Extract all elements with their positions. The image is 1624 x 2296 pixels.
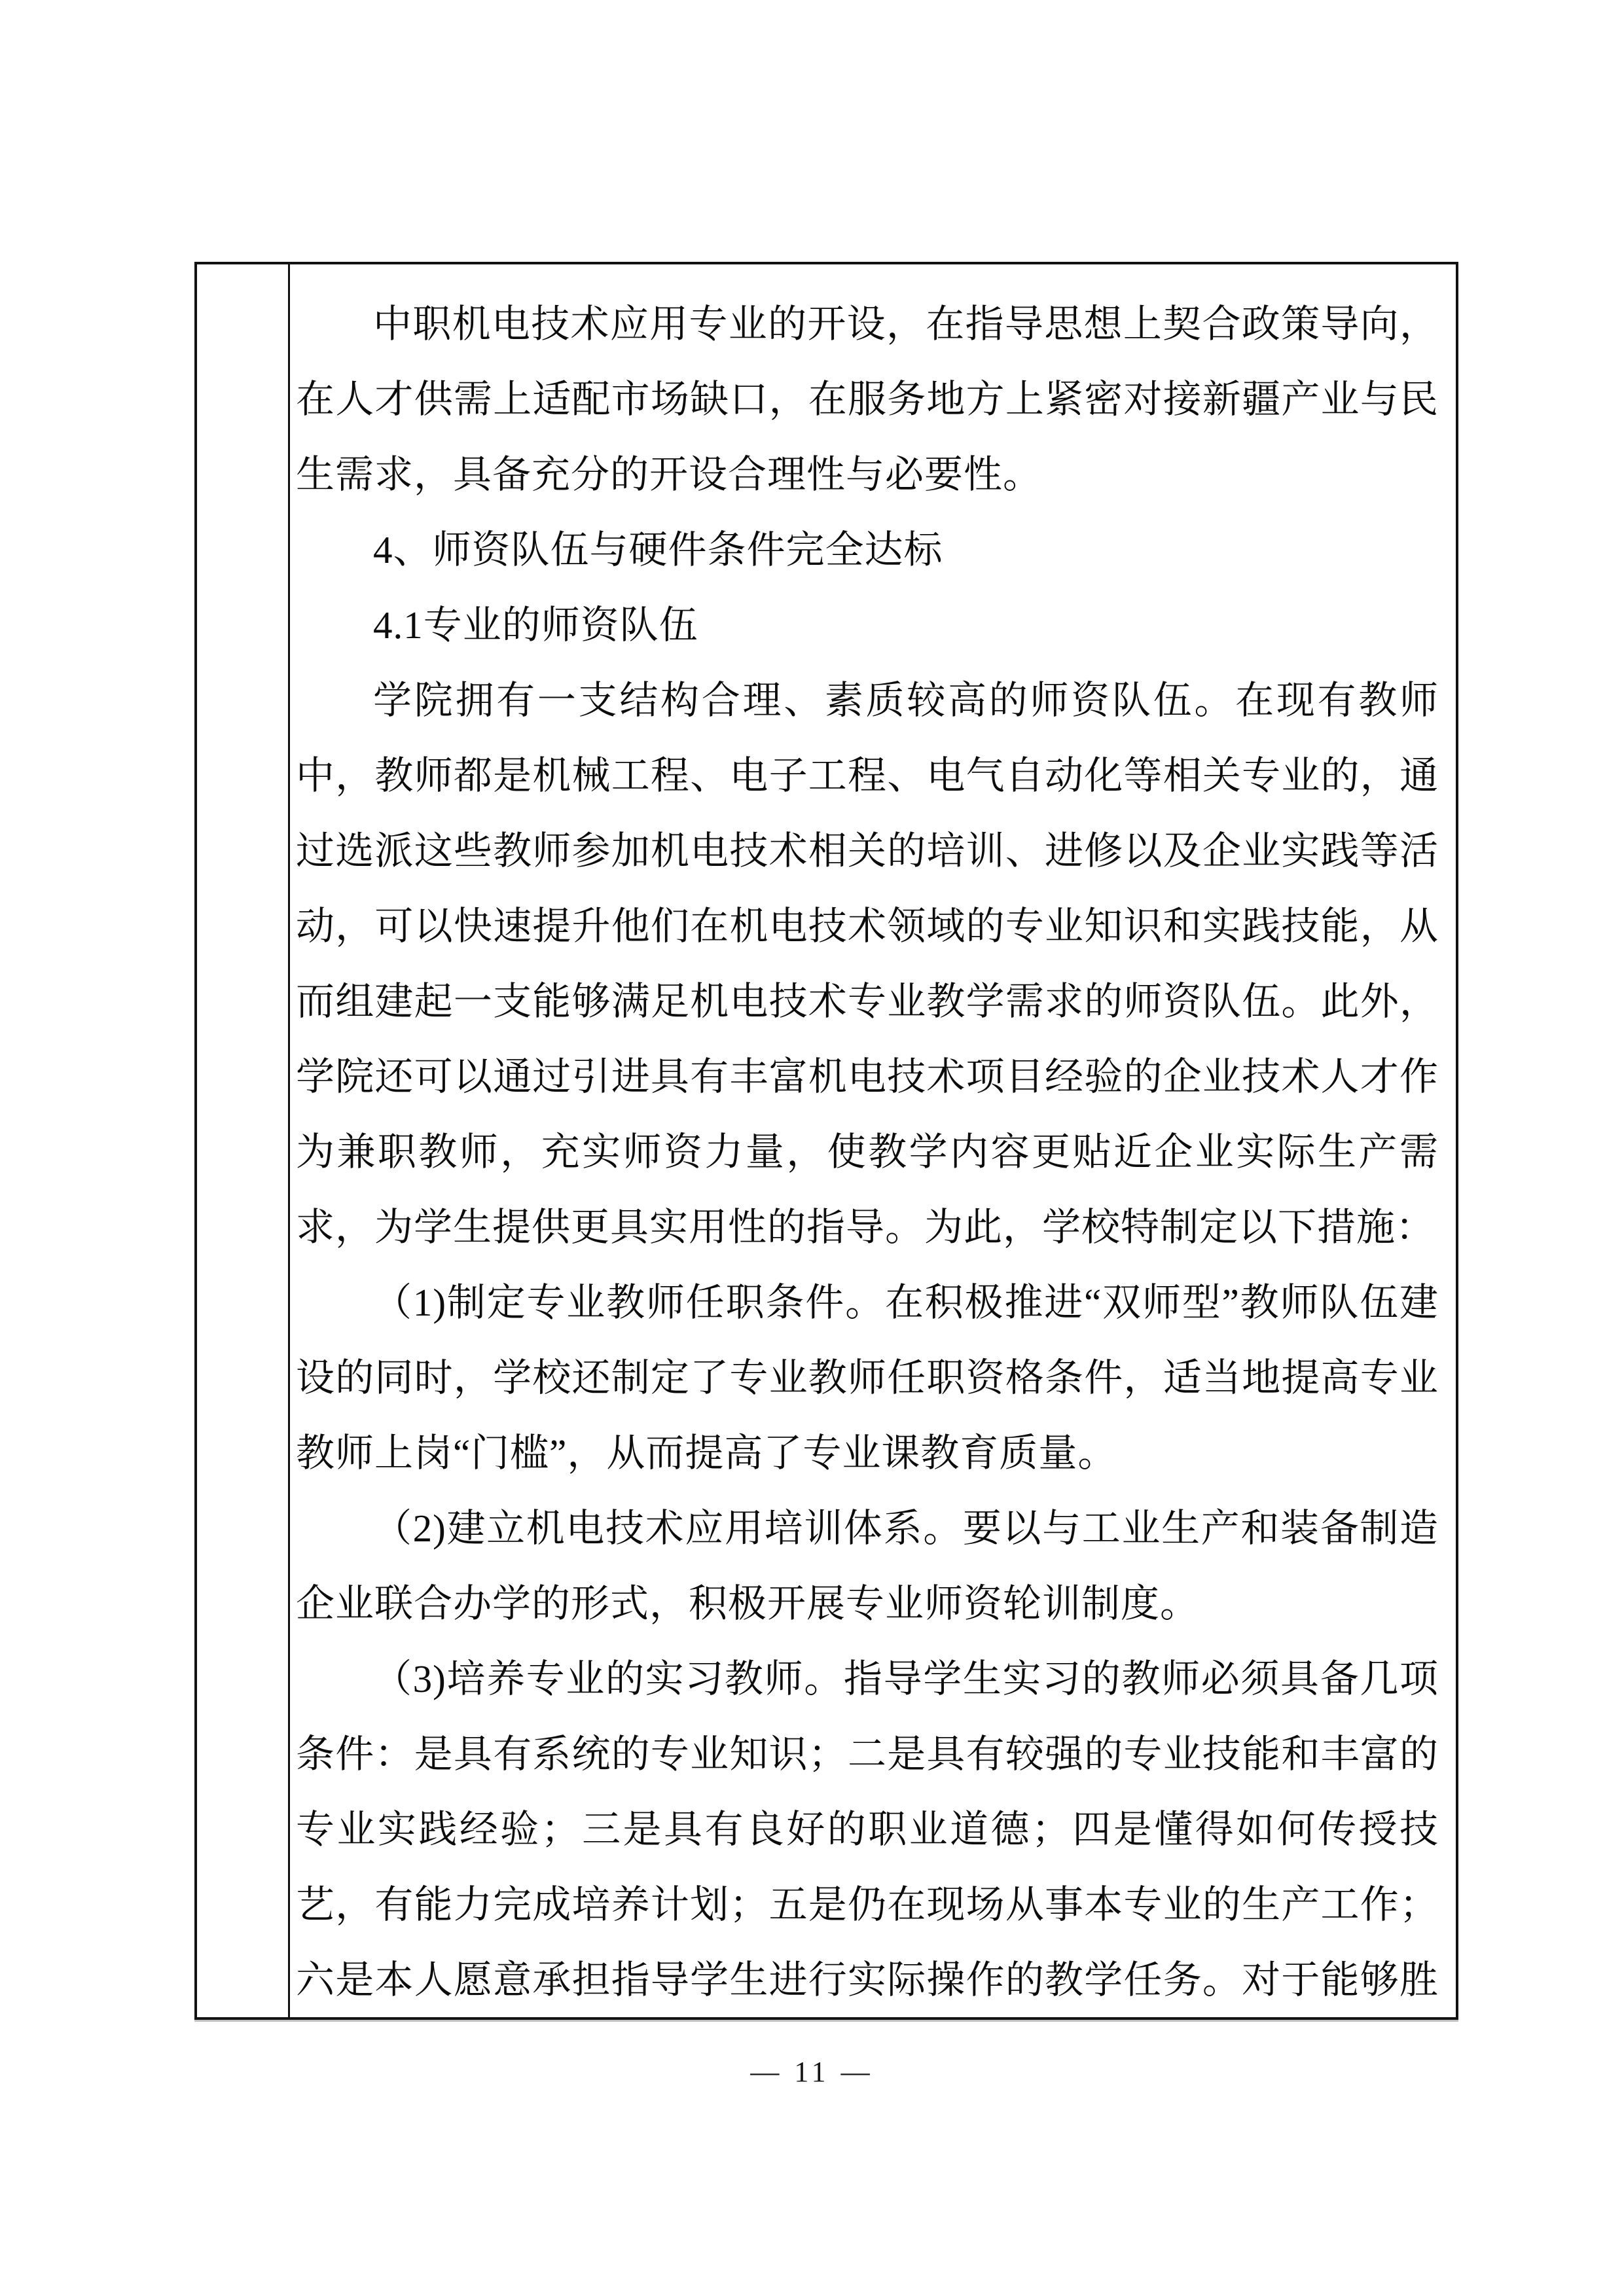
page-number: — 11 —: [0, 2055, 1624, 2089]
table-content-cell: 中职机电技术应用专业的开设，在指导思想上契合政策导向，在人才供需上适配市场缺口，…: [290, 264, 1456, 2017]
paragraph-measure-3: （3)培养专业的实习教师。指导学生实习的教师必须具备几项条件：是具有系统的专业知…: [296, 1641, 1439, 2017]
paragraph-faculty-overview: 学院拥有一支结构合理、素质较高的师资队伍。在现有教师中，教师都是机械工程、电子工…: [296, 663, 1439, 1265]
paragraph-measure-2: （2)建立机电技术应用培训体系。要以与工业生产和装备制造企业联合办学的形式，积极…: [296, 1491, 1439, 1641]
paragraph-intro-conclusion: 中职机电技术应用专业的开设，在指导思想上契合政策导向，在人才供需上适配市场缺口，…: [296, 287, 1439, 512]
paragraph-heading-4-1: 4.1专业的师资队伍: [296, 588, 1439, 663]
paragraph-measure-1: （1)制定专业教师任职条件。在积极推进“双师型”教师队伍建设的同时，学校还制定了…: [296, 1265, 1439, 1491]
paragraph-heading-4: 4、师资队伍与硬件条件完全达标: [296, 512, 1439, 588]
table-left-cell: [197, 264, 290, 2017]
content-table: 中职机电技术应用专业的开设，在指导思想上契合政策导向，在人才供需上适配市场缺口，…: [194, 262, 1458, 2020]
document-page: 中职机电技术应用专业的开设，在指导思想上契合政策导向，在人才供需上适配市场缺口，…: [0, 0, 1624, 2296]
